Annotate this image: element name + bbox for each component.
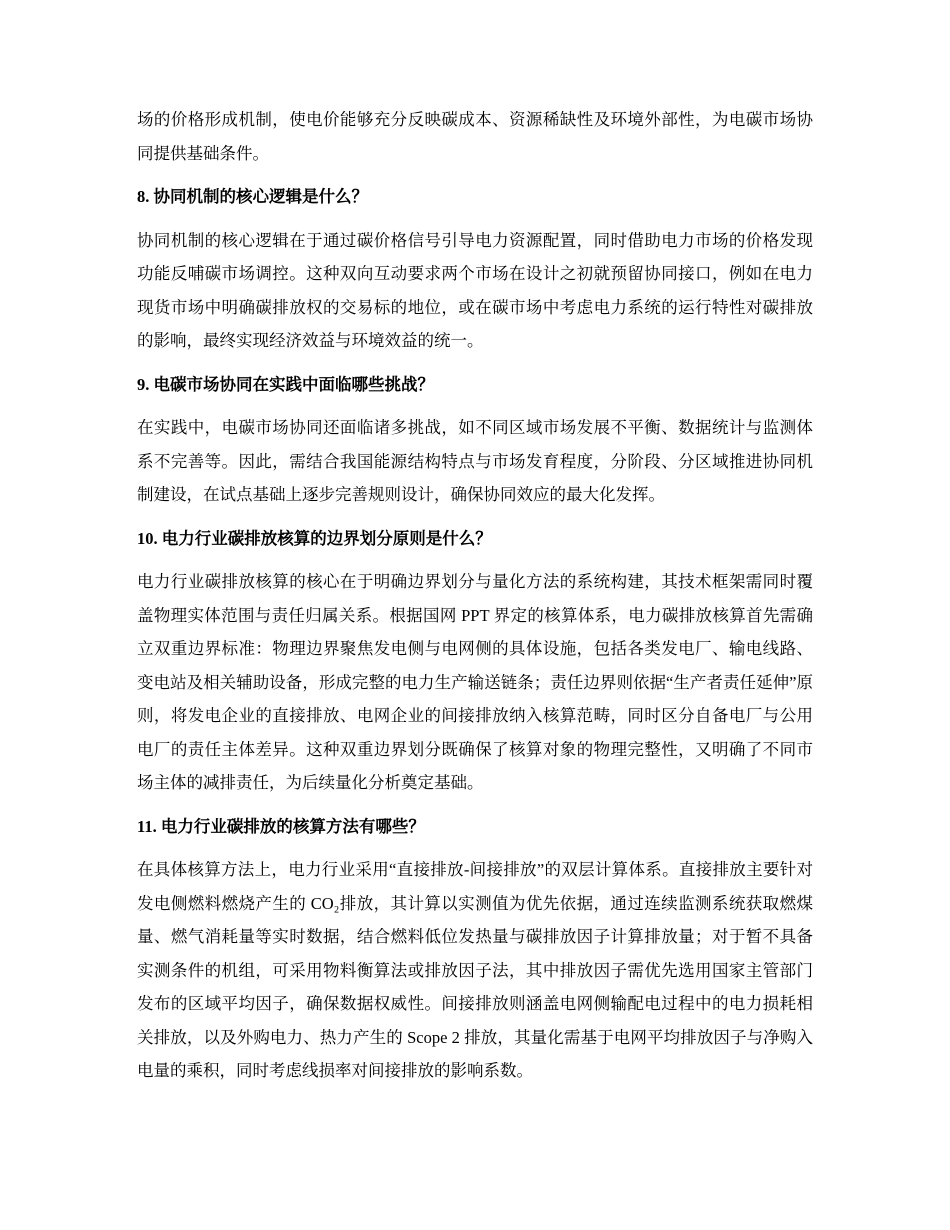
answer-paragraph-10: 电力行业碳排放核算的核心在于明确边界划分与量化方法的系统构建，其技术框架需同时覆…	[137, 565, 813, 800]
question-heading-10: 10. 电力行业碳排放核算的边界划分原则是什么？	[137, 522, 813, 556]
question-heading-8: 8. 协同机制的核心逻辑是什么？	[137, 180, 813, 214]
answer-paragraph-9: 在实践中，电碳市场协同还面临诸多挑战，如不同区域市场发展不平衡、数据统计与监测体…	[137, 411, 813, 512]
document-page: 场的价格形成机制，使电价能够充分反映碳成本、资源稀缺性及环境外部性，为电碳市场协…	[0, 0, 950, 1230]
question-heading-11: 11. 电力行业碳排放的核算方法有哪些？	[137, 810, 813, 844]
paragraph-intro-continuation: 场的价格形成机制，使电价能够充分反映碳成本、资源稀缺性及环境外部性，为电碳市场协…	[137, 103, 813, 170]
question-heading-9: 9. 电碳市场协同在实践中面临哪些挑战？	[137, 368, 813, 402]
answer-paragraph-11: 在具体核算方法上，电力行业采用“直接排放-间接排放”的双层计算体系。直接排放主要…	[137, 853, 813, 1088]
answer-paragraph-8: 协同机制的核心逻辑在于通过碳价格信号引导电力资源配置，同时借助电力市场的价格发现…	[137, 224, 813, 358]
